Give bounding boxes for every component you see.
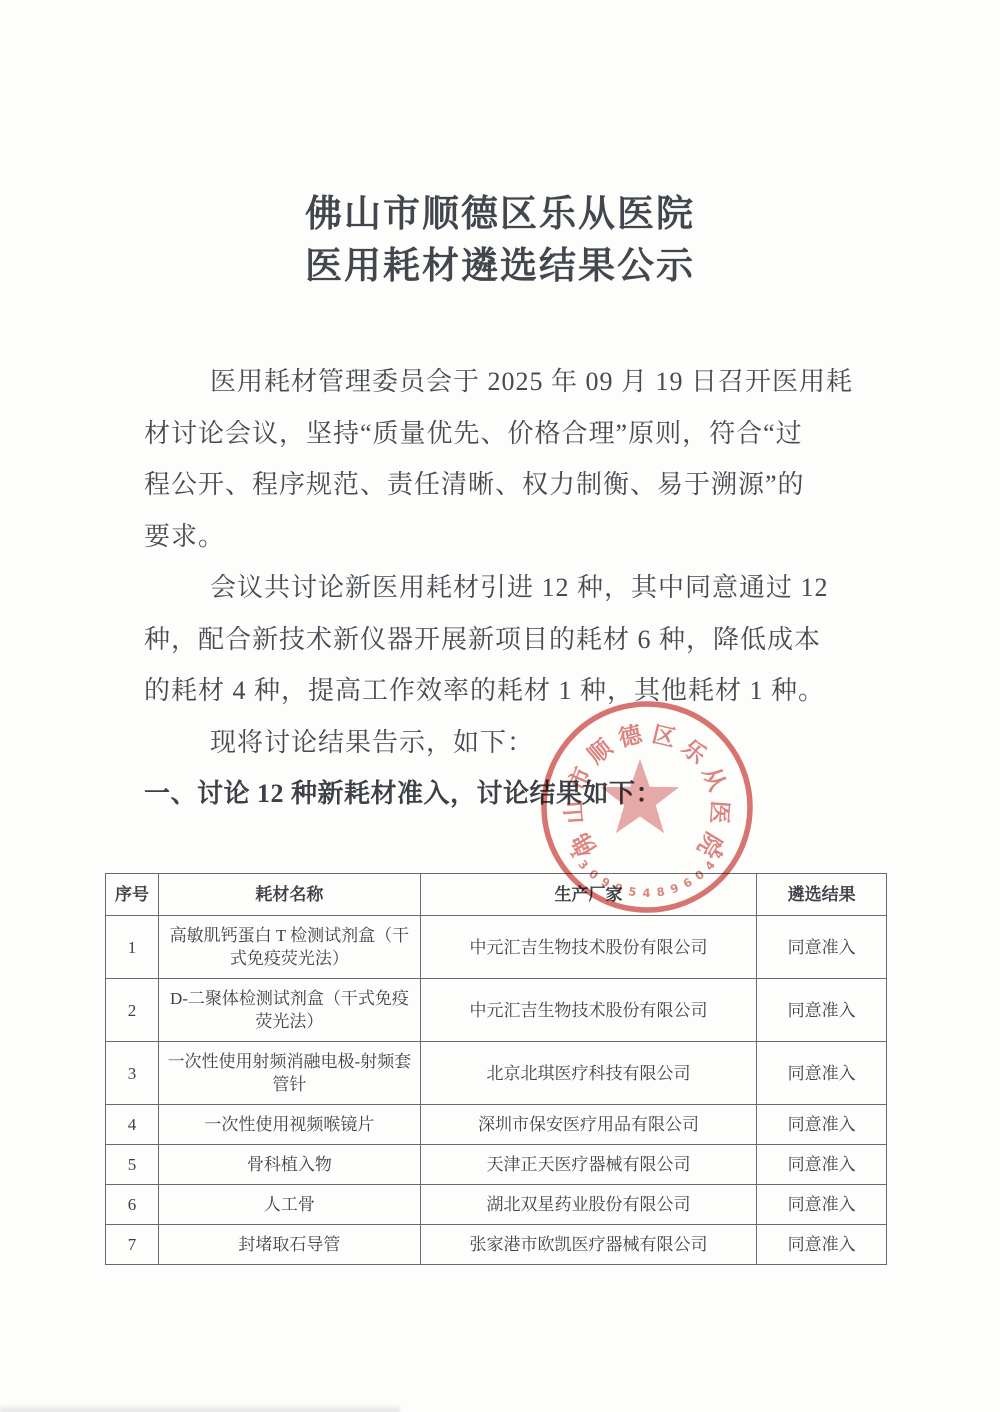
header-cell-manufacturer: 生产厂家 bbox=[420, 874, 757, 916]
table-cell-name: D-二聚体检测试剂盒（干式免疫荧光法） bbox=[159, 979, 421, 1042]
paragraph-line: 现将讨论结果告示，如下： bbox=[144, 717, 868, 769]
table-row: 4一次性使用视频喉镜片深圳市保安医疗用品有限公司同意准入 bbox=[106, 1105, 887, 1145]
table-cell-no: 1 bbox=[106, 916, 159, 979]
selection-results-table: 序号 耗材名称 生产厂家 遴选结果 1高敏肌钙蛋白 T 检测试剂盒（干式免疫荧光… bbox=[105, 873, 887, 1265]
table-row: 6人工骨湖北双星药业股份有限公司同意准入 bbox=[106, 1185, 887, 1225]
document-title-line: 佛山市顺德区乐从医院 bbox=[0, 190, 1000, 242]
scan-edge-artifact bbox=[0, 1404, 400, 1412]
table-cell-name: 一次性使用射频消融电极-射频套管针 bbox=[159, 1042, 421, 1105]
table-cell-no: 4 bbox=[106, 1105, 159, 1145]
document-title: 佛山市顺德区乐从医院医用耗材遴选结果公示 bbox=[0, 190, 1000, 293]
table-cell-maker: 中元汇吉生物技术股份有限公司 bbox=[420, 916, 757, 979]
paragraph-line: 一、讨论 12 种新耗材准入，讨论结果如下： bbox=[144, 768, 868, 820]
svg-text:4: 4 bbox=[702, 857, 718, 873]
svg-text:佛: 佛 bbox=[568, 828, 601, 861]
document-body-text: 医用耗材管理委员会于 2025 年 09 月 19 日召开医用耗材讨论会议，坚持… bbox=[144, 356, 868, 820]
header-cell-selection-result: 遴选结果 bbox=[757, 874, 887, 916]
svg-text:1: 1 bbox=[567, 846, 584, 861]
table-header-row: 序号 耗材名称 生产厂家 遴选结果 bbox=[106, 874, 887, 916]
paragraph-line: 种，配合新技术新仪器开展新项目的耗材 6 种，降低成本 bbox=[144, 614, 868, 666]
table-cell-maker: 张家港市欧凯医疗器械有限公司 bbox=[420, 1225, 757, 1265]
table-cell-maker: 北京北琪医疗科技有限公司 bbox=[420, 1042, 757, 1105]
table-cell-name: 骨科植入物 bbox=[159, 1145, 421, 1185]
table-cell-no: 5 bbox=[106, 1145, 159, 1185]
table-cell-no: 3 bbox=[106, 1042, 159, 1105]
svg-text:3: 3 bbox=[575, 857, 591, 873]
svg-text:4: 4 bbox=[711, 846, 728, 861]
svg-text:院: 院 bbox=[693, 828, 726, 861]
table-row: 3一次性使用射频消融电极-射频套管针北京北琪医疗科技有限公司同意准入 bbox=[106, 1042, 887, 1105]
table-cell-result: 同意准入 bbox=[757, 1105, 887, 1145]
table-row: 7封堵取石导管张家港市欧凯医疗器械有限公司同意准入 bbox=[106, 1225, 887, 1265]
table-cell-maker: 湖北双星药业股份有限公司 bbox=[420, 1185, 757, 1225]
table-cell-name: 一次性使用视频喉镜片 bbox=[159, 1105, 421, 1145]
table-row: 2D-二聚体检测试剂盒（干式免疫荧光法）中元汇吉生物技术股份有限公司同意准入 bbox=[106, 979, 887, 1042]
table-cell-maker: 中元汇吉生物技术股份有限公司 bbox=[420, 979, 757, 1042]
table-cell-name: 高敏肌钙蛋白 T 检测试剂盒（干式免疫荧光法） bbox=[159, 916, 421, 979]
paragraph-line: 的耗材 4 种，提高工作效率的耗材 1 种，其他耗材 1 种。 bbox=[144, 665, 868, 717]
paragraph-line: 医用耗材管理委员会于 2025 年 09 月 19 日召开医用耗 bbox=[144, 356, 868, 408]
table-row: 5骨科植入物天津正天医疗器械有限公司同意准入 bbox=[106, 1145, 887, 1185]
document-title-line: 医用耗材遴选结果公示 bbox=[0, 242, 1000, 294]
table-cell-no: 7 bbox=[106, 1225, 159, 1265]
table-cell-maker: 深圳市保安医疗用品有限公司 bbox=[420, 1105, 757, 1145]
table-body: 1高敏肌钙蛋白 T 检测试剂盒（干式免疫荧光法）中元汇吉生物技术股份有限公司同意… bbox=[106, 916, 887, 1265]
table-cell-result: 同意准入 bbox=[757, 916, 887, 979]
paragraph-line: 要求。 bbox=[144, 511, 868, 563]
table-cell-maker: 天津正天医疗器械有限公司 bbox=[420, 1145, 757, 1185]
table-cell-name: 人工骨 bbox=[159, 1185, 421, 1225]
paragraph-line: 程公开、程序规范、责任清晰、权力制衡、易于溯源”的 bbox=[144, 459, 868, 511]
paragraph-line: 材讨论会议，坚持“质量优先、价格合理”原则，符合“过 bbox=[144, 408, 868, 460]
header-cell-index: 序号 bbox=[106, 874, 159, 916]
table-cell-result: 同意准入 bbox=[757, 1042, 887, 1105]
table-cell-name: 封堵取石导管 bbox=[159, 1225, 421, 1265]
paragraph-line: 会议共讨论新医用耗材引进 12 种，其中同意通过 12 bbox=[144, 562, 868, 614]
table-cell-result: 同意准入 bbox=[757, 979, 887, 1042]
table-cell-result: 同意准入 bbox=[757, 1185, 887, 1225]
table-cell-result: 同意准入 bbox=[757, 1225, 887, 1265]
table-cell-result: 同意准入 bbox=[757, 1145, 887, 1185]
table-cell-no: 2 bbox=[106, 979, 159, 1042]
scanned-document-page: 佛山市顺德区乐从医院医用耗材遴选结果公示 医用耗材管理委员会于 2025 年 0… bbox=[0, 0, 1000, 1412]
table-row: 1高敏肌钙蛋白 T 检测试剂盒（干式免疫荧光法）中元汇吉生物技术股份有限公司同意… bbox=[106, 916, 887, 979]
table-cell-no: 6 bbox=[106, 1185, 159, 1225]
header-cell-consumable-name: 耗材名称 bbox=[159, 874, 421, 916]
